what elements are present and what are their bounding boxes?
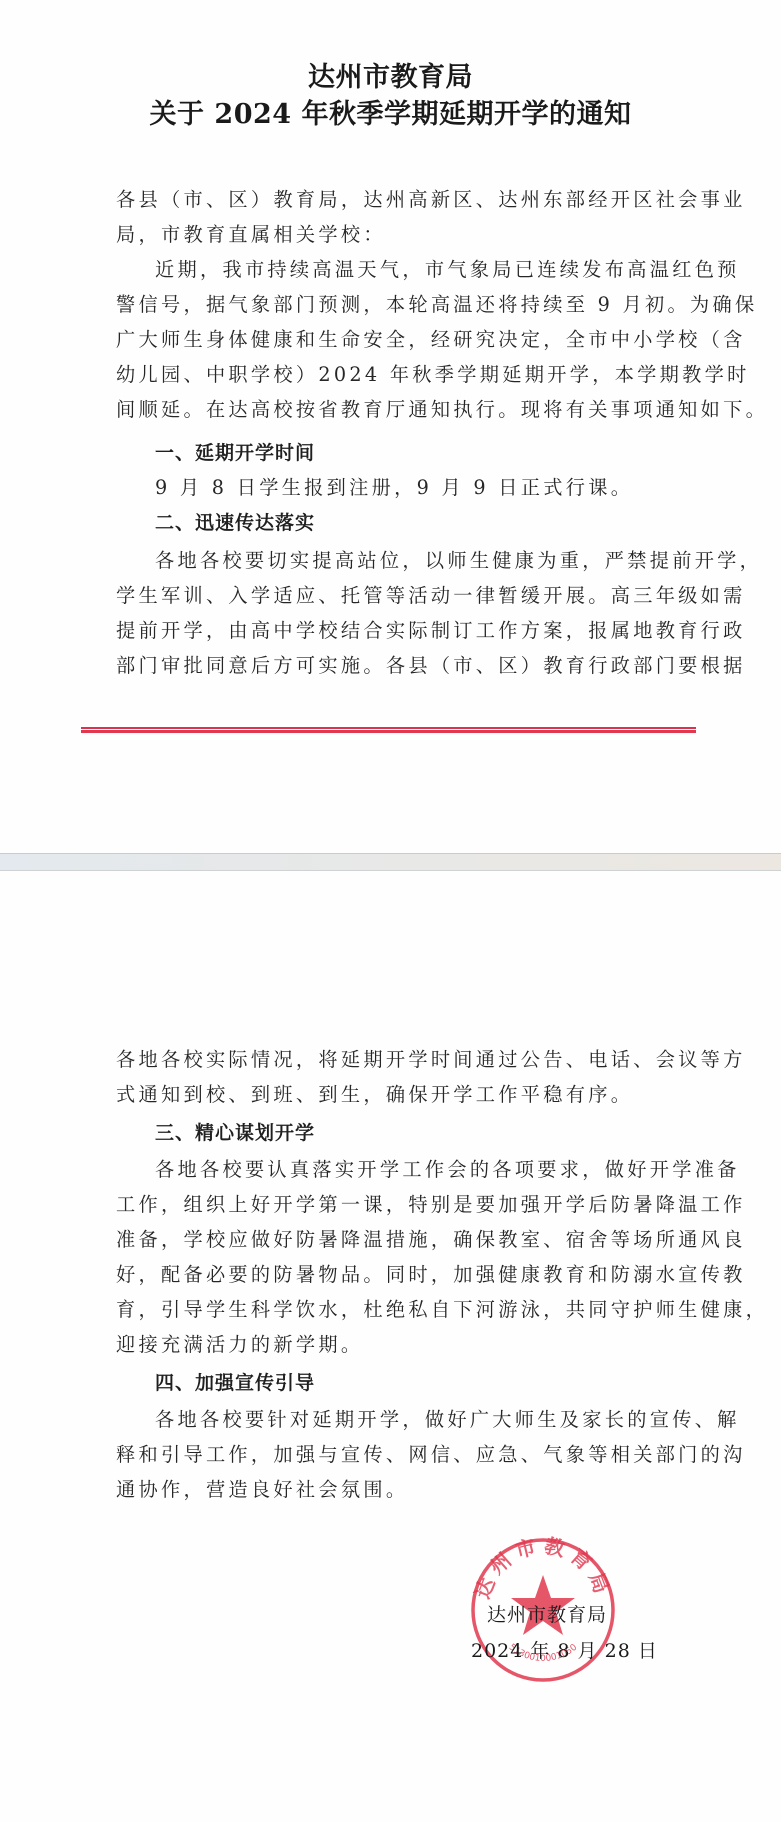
body-line: 准备，学校应做好防暑降温措施，确保教室、宿舍等场所通风良 bbox=[116, 1228, 681, 1252]
body-line: 警信号，据气象部门预测，本轮高温还将持续至 9 月初。为确保 bbox=[116, 293, 681, 317]
red-divider-rule bbox=[81, 727, 696, 733]
body-line: 育，引导学生科学饮水，杜绝私自下河游泳，共同守护师生健康， bbox=[116, 1298, 681, 1322]
body-line: 各地各校要认真落实开学工作会的各项要求，做好开学准备 bbox=[155, 1158, 720, 1182]
body-line: 提前开学，由高中学校结合实际制订工作方案，报属地教育行政 bbox=[116, 619, 681, 643]
section-heading-3: 三、精心谋划开学 bbox=[155, 1121, 315, 1145]
section-heading-1: 一、延期开学时间 bbox=[155, 441, 315, 465]
document-page-2: 各地各校实际情况，将延期开学时间通过公告、电话、会议等方 式通知到校、到班、到生… bbox=[0, 871, 781, 1822]
page-break bbox=[0, 853, 781, 871]
section-heading-4: 四、加强宣传引导 bbox=[155, 1371, 315, 1395]
signature-date: 2024 年 8 月 28 日 bbox=[471, 1636, 658, 1663]
addressee-line: 各县（市、区）教育局，达州高新区、达州东部经开区社会事业 bbox=[116, 188, 681, 212]
body-line: 各地各校实际情况，将延期开学时间通过公告、电话、会议等方 bbox=[116, 1048, 681, 1072]
body-line: 释和引导工作，加强与宣传、网信、应急、气象等相关部门的沟 bbox=[116, 1443, 681, 1467]
body-line: 好，配备必要的防暑物品。同时，加强健康教育和防溺水宣传教 bbox=[116, 1263, 681, 1287]
body-line: 工作，组织上好开学第一课，特别是要加强开学后防暑降温工作 bbox=[116, 1193, 681, 1217]
body-line: 各地各校要针对延期开学，做好广大师生及家长的宣传、解 bbox=[155, 1408, 720, 1432]
body-line: 近期，我市持续高温天气，市气象局已连续发布高温红色预 bbox=[155, 258, 720, 282]
body-line: 各地各校要切实提高站位，以师生健康为重，严禁提前开学， bbox=[155, 549, 720, 573]
body-line: 通协作，营造良好社会氛围。 bbox=[116, 1478, 681, 1502]
body-line: 9 月 8 日学生报到注册，9 月 9 日正式行课。 bbox=[155, 476, 720, 500]
addressee-line: 局，市教育直属相关学校： bbox=[116, 223, 681, 247]
body-line: 学生军训、入学适应、托管等活动一律暂缓开展。高三年级如需 bbox=[116, 584, 681, 608]
body-line: 幼儿园、中职学校）2024 年秋季学期延期开学，本学期教学时 bbox=[116, 363, 681, 387]
signature-organization: 达州市教育局 bbox=[487, 1600, 607, 1627]
document-page-1: 达州市教育局 关于 2024 年秋季学期延期开学的通知 各县（市、区）教育局，达… bbox=[0, 0, 781, 853]
body-line: 间顺延。在达高校按省教育厅通知执行。现将有关事项通知如下。 bbox=[116, 398, 681, 422]
body-line: 式通知到校、到班、到生，确保开学工作平稳有序。 bbox=[116, 1083, 681, 1107]
body-line: 迎接充满活力的新学期。 bbox=[116, 1333, 681, 1357]
section-heading-2: 二、迅速传达落实 bbox=[155, 511, 315, 535]
document-title-subject: 关于 2024 年秋季学期延期开学的通知 bbox=[0, 92, 781, 131]
document-title-issuer: 达州市教育局 bbox=[0, 55, 781, 94]
body-line: 部门审批同意后方可实施。各县（市、区）教育行政部门要根据 bbox=[116, 654, 681, 678]
body-line: 广大师生身体健康和生命安全，经研究决定，全市中小学校（含 bbox=[116, 328, 681, 352]
